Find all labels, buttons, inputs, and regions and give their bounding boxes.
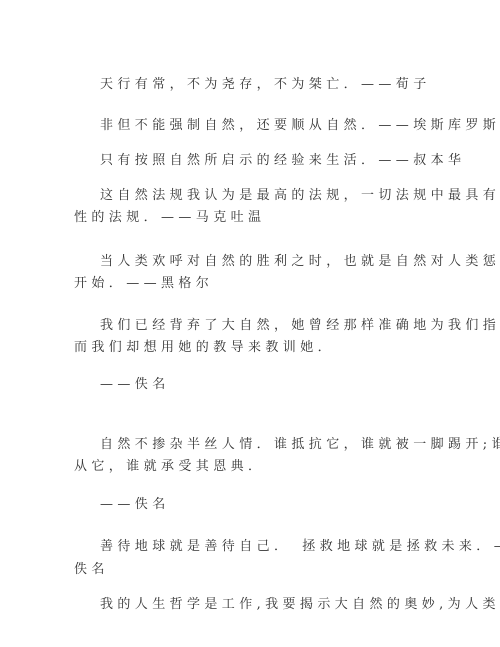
quote-mark-twain-line1: 这自然法规我认为是最高的法规，一切法规中最具有强制 — [100, 185, 460, 207]
quote-earth-line1: 善待地球就是善待自己． 拯救地球就是拯救未来．—— — [100, 536, 460, 558]
quote-mark-twain-line2: 性的法规．——马克吐温 — [74, 207, 434, 229]
quote-nature-no-mercy-line1: 自然不掺杂半丝人情．谁抵抗它，谁就被一脚踢开;谁顺 — [100, 434, 460, 456]
quote-nature-no-mercy-line2: 从它，谁就承受其恩典． — [74, 456, 434, 478]
attribution-anonymous-2: ——佚名 — [100, 494, 460, 516]
quote-earth-line2: 佚名 — [74, 559, 434, 581]
document-page: 天行有常，不为尧存，不为桀亡．——荀子 非但不能强制自然，还要顺从自然．——埃斯… — [0, 0, 500, 647]
quote-hegel-line2: 开始．——黑格尔 — [74, 273, 434, 295]
quote-aeschylus: 非但不能强制自然，还要顺从自然．——埃斯库罗斯 — [100, 115, 460, 137]
quote-xunzi: 天行有常，不为尧存，不为桀亡．——荀子 — [100, 74, 460, 96]
quote-life-philosophy: 我的人生哲学是工作,我要揭示大自然的奥妙,为人类造福 — [100, 594, 460, 616]
quote-nature-guide-line2: 而我们却想用她的教导来教训她． — [74, 337, 434, 359]
quote-nature-guide-line1: 我们已经背弃了大自然，她曾经那样准确地为我们指路， — [100, 315, 460, 337]
quote-schopenhauer: 只有按照自然所启示的经验来生活．——叔本华 — [100, 150, 460, 172]
attribution-anonymous-1: ——佚名 — [100, 374, 460, 396]
quote-hegel-line1: 当人类欢呼对自然的胜利之时，也就是自然对人类惩罚的 — [100, 251, 460, 273]
